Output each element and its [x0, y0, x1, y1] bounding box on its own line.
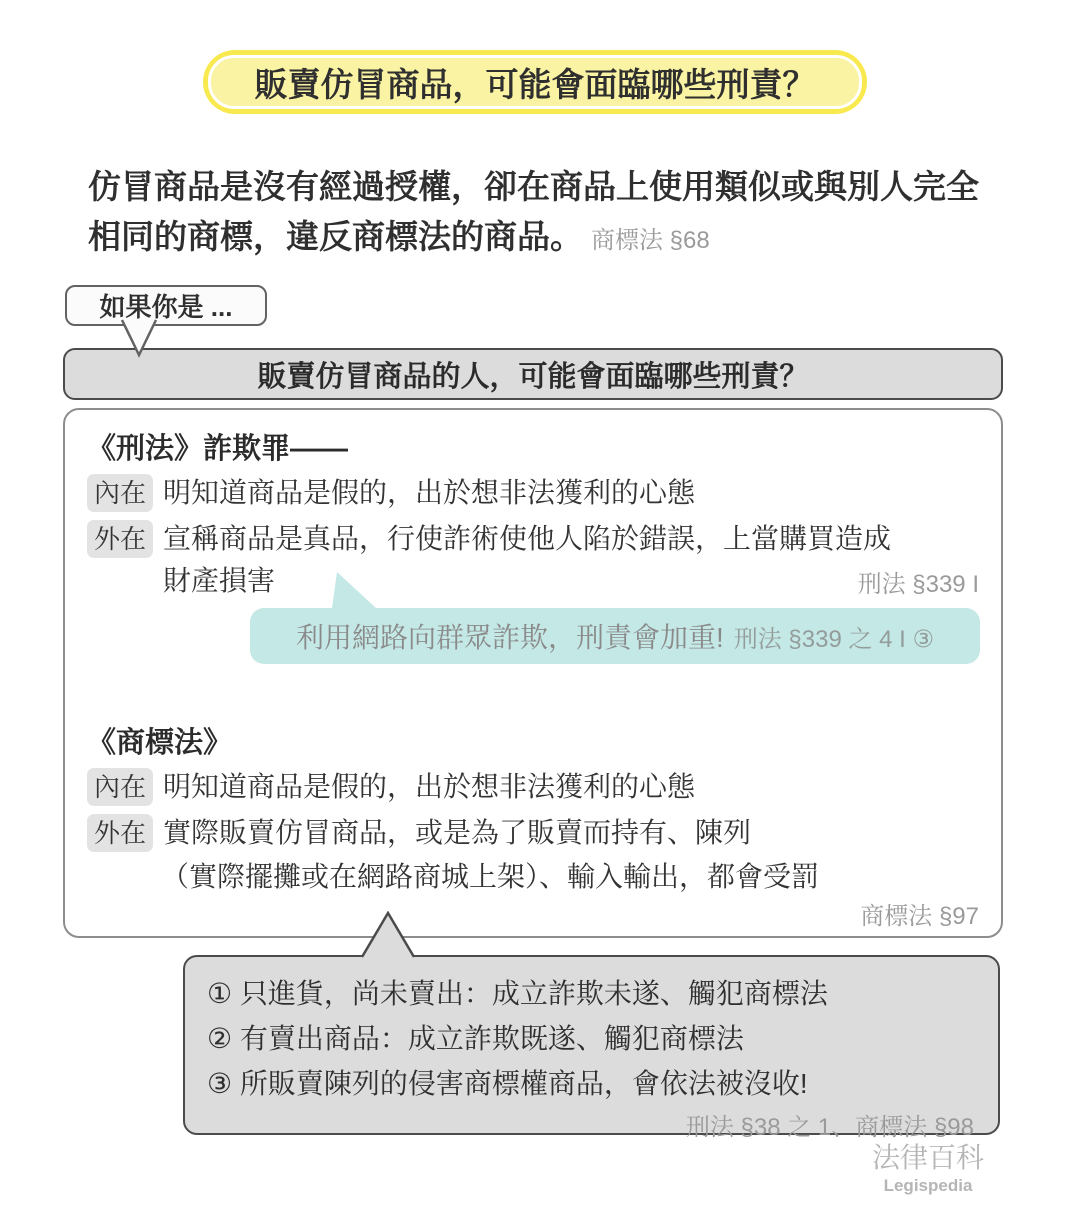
outer-element-tag: 外在 — [87, 520, 153, 558]
brand-name-english: Legispedia — [856, 1175, 1000, 1197]
inner-element-tag: 內在 — [87, 768, 153, 806]
infographic-page: 販賣仿冒商品，可能會面臨哪些刑責？ 仿冒商品是沒有經過授權，卻在商品上使用類似或… — [0, 0, 1065, 1211]
bubble-tail-pointer — [119, 319, 159, 359]
trademark-law-heading: 《商標法》 — [87, 720, 232, 761]
intro-paragraph: 仿冒商品是沒有經過授權，卻在商品上使用類似或與別人完全相同的商標，違反商標法的商… — [88, 162, 993, 266]
trademark-law-outer-text: 實際販賣仿冒商品，或是為了販賣而持有、陳列 — [163, 812, 751, 854]
section-header-bar: 販賣仿冒商品的人，可能會面臨哪些刑責？ — [63, 348, 1003, 400]
criminal-law-inner-row: 內在 明知道商品是假的，出於想非法獲利的心態 — [87, 472, 695, 514]
trademark-law-inner-text: 明知道商品是假的，出於想非法獲利的心態 — [163, 766, 695, 808]
outer-element-tag: 外在 — [87, 814, 153, 852]
note-item-1: ① 只進貨，尚未賣出：成立詐欺未遂、觸犯商標法 — [207, 971, 974, 1016]
criminal-law-citation: 刑法 §339 I — [858, 564, 979, 599]
brand-footer: 法律百科 Legispedia — [856, 1141, 1000, 1197]
brand-name: 法律百科 — [856, 1141, 1000, 1175]
if-you-are-bubble: 如果你是 ... — [65, 285, 267, 326]
criminal-law-outer-row: 外在 宣稱商品是真品，行使詐術使他人陷於錯誤，上當購買造成財產損害 — [87, 518, 905, 602]
internet-fraud-callout: 利用網路向群眾詐欺，刑責會加重! 刑法 §339 之 4 I ③ — [250, 608, 980, 664]
note-item-2: ② 有賣出商品：成立詐欺既遂、觸犯商標法 — [207, 1016, 974, 1061]
page-title: 販賣仿冒商品，可能會面臨哪些刑責？ — [208, 55, 862, 109]
trademark-law-citation: 商標法 §97 — [860, 896, 979, 931]
notes-box: ① 只進貨，尚未賣出：成立詐欺未遂、觸犯商標法 ② 有賣出商品：成立詐欺既遂、觸… — [183, 955, 1000, 1135]
notes-citation: 刑法 §38 之 1、商標法 §98 — [207, 1107, 974, 1142]
title-banner: 販賣仿冒商品，可能會面臨哪些刑責？ — [203, 50, 867, 114]
callout-text: 利用網路向群眾詐欺，刑責會加重! — [296, 616, 724, 656]
trademark-law-inner-row: 內在 明知道商品是假的，出於想非法獲利的心態 — [87, 766, 695, 808]
criminal-law-inner-text: 明知道商品是假的，出於想非法獲利的心態 — [163, 472, 695, 514]
inner-element-tag: 內在 — [87, 474, 153, 512]
trademark-law-outer-text-line2: （實際擺攤或在網路商城上架）、輸入輸出，都會受罰 — [161, 856, 819, 898]
criminal-law-heading: 《刑法》詐欺罪—— — [87, 426, 348, 467]
note-item-3: ③ 所販賣陳列的侵害商標權商品，會依法被沒收! — [207, 1061, 974, 1106]
notes-tail-pointer — [360, 911, 416, 959]
callout-citation: 刑法 §339 之 4 I ③ — [734, 619, 934, 654]
intro-law-citation: 商標法 §68 — [591, 227, 710, 254]
criminal-law-outer-text: 宣稱商品是真品，行使詐術使他人陷於錯誤，上當購買造成財產損害 — [163, 518, 905, 602]
intro-text: 仿冒商品是沒有經過授權，卻在商品上使用類似或與別人完全相同的商標，違反商標法的商… — [88, 168, 979, 255]
callout-tail-pointer — [330, 570, 378, 610]
content-box: 《刑法》詐欺罪—— 內在 明知道商品是假的，出於想非法獲利的心態 外在 宣稱商品… — [63, 408, 1003, 938]
trademark-law-outer-row: 外在 實際販賣仿冒商品，或是為了販賣而持有、陳列 — [87, 812, 751, 854]
